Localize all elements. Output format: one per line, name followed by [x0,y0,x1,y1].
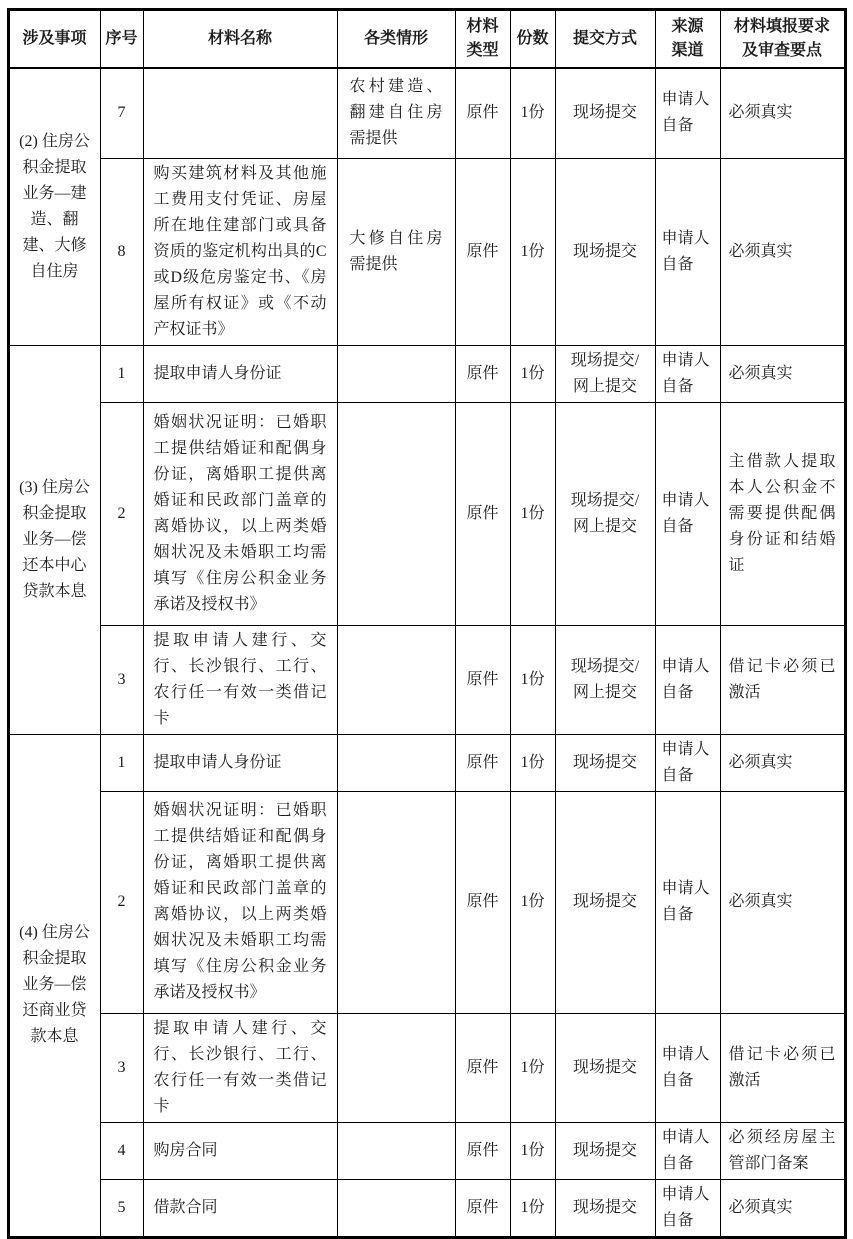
source-channel-cell: 申请人自备 [655,402,720,625]
header-submit-method: 提交方式 [555,10,655,69]
material-name-cell: 提取申请人建行、交行、长沙银行、工行、农行任一有效一类借记卡 [143,625,337,734]
header-serial: 序号 [100,10,143,69]
material-type-cell: 原件 [455,345,510,402]
submit-method-cell: 现场提交/网上提交 [555,625,655,734]
table-row: (3) 住房公积金提取业务—偿还本中心贷款本息 1 提取申请人身份证 原件 1份… [8,345,845,402]
header-material-name: 材料名称 [143,10,337,69]
material-name-cell: 婚姻状况证明：已婚职工提供结婚证和配偶身份证，离婚职工提供离婚证和民政部门盖章的… [143,791,337,1013]
source-channel-cell: 申请人自备 [655,791,720,1013]
situation-cell: 大修自住房需提供 [337,158,455,345]
header-material-type: 材料类型 [455,10,510,69]
materials-table: 涉及事项 序号 材料名称 各类情形 材料类型 份数 提交方式 来源渠道 材料填报… [7,8,847,1239]
category-cell: (2) 住房公积金提取业务—建造、翻建、大修自住房 [8,68,100,345]
table-row: 2 婚姻状况证明：已婚职工提供结婚证和配偶身份证，离婚职工提供离婚证和民政部门盖… [8,791,845,1013]
serial-cell: 1 [100,345,143,402]
situation-cell [337,791,455,1013]
copies-cell: 1份 [510,734,555,791]
situation-cell [337,1013,455,1122]
source-channel-cell: 申请人自备 [655,625,720,734]
source-channel-cell: 申请人自备 [655,68,720,158]
source-channel-cell: 申请人自备 [655,1122,720,1179]
serial-cell: 7 [100,68,143,158]
material-type-cell: 原件 [455,734,510,791]
material-name-cell [143,68,337,158]
submit-method-cell: 现场提交 [555,791,655,1013]
submit-method-cell: 现场提交/网上提交 [555,345,655,402]
serial-cell: 4 [100,1122,143,1179]
material-name-cell: 借款合同 [143,1179,337,1237]
table-row: (2) 住房公积金提取业务—建造、翻建、大修自住房 7 农村建造、翻建自住房需提… [8,68,845,158]
category-cell: (4) 住房公积金提取业务—偿还商业贷款本息 [8,734,100,1237]
requirements-cell: 主借款人提取本人公积金不需要提供配偶身份证和结婚证 [720,402,845,625]
copies-cell: 1份 [510,158,555,345]
requirements-cell: 借记卡必须已激活 [720,1013,845,1122]
copies-cell: 1份 [510,345,555,402]
requirements-cell: 必须真实 [720,1179,845,1237]
submit-method-cell: 现场提交/网上提交 [555,402,655,625]
header-requirements: 材料填报要求及审查要点 [720,10,845,69]
copies-cell: 1份 [510,68,555,158]
source-channel-cell: 申请人自备 [655,734,720,791]
category-cell: (3) 住房公积金提取业务—偿还本中心贷款本息 [8,345,100,734]
serial-cell: 5 [100,1179,143,1237]
header-source-channel: 来源渠道 [655,10,720,69]
serial-cell: 8 [100,158,143,345]
requirements-cell: 必须真实 [720,68,845,158]
requirements-cell: 必须真实 [720,345,845,402]
copies-cell: 1份 [510,402,555,625]
material-type-cell: 原件 [455,1013,510,1122]
submit-method-cell: 现场提交 [555,1179,655,1237]
material-type-cell: 原件 [455,402,510,625]
situation-cell [337,734,455,791]
table-row: 8 购买建筑材料及其他施工费用支付凭证、房屋所在地住建部门或具备资质的鉴定机构出… [8,158,845,345]
serial-cell: 3 [100,625,143,734]
copies-cell: 1份 [510,791,555,1013]
requirements-cell: 必须真实 [720,734,845,791]
copies-cell: 1份 [510,1179,555,1237]
serial-cell: 1 [100,734,143,791]
header-copies: 份数 [510,10,555,69]
material-type-cell: 原件 [455,158,510,345]
situation-cell: 农村建造、翻建自住房需提供 [337,68,455,158]
copies-cell: 1份 [510,625,555,734]
submit-method-cell: 现场提交 [555,734,655,791]
table-row: 3 提取申请人建行、交行、长沙银行、工行、农行任一有效一类借记卡 原件 1份 现… [8,625,845,734]
source-channel-cell: 申请人自备 [655,1013,720,1122]
submit-method-cell: 现场提交 [555,158,655,345]
material-type-cell: 原件 [455,1122,510,1179]
table-row: 2 婚姻状况证明：已婚职工提供结婚证和配偶身份证，离婚职工提供离婚证和民政部门盖… [8,402,845,625]
table-header-row: 涉及事项 序号 材料名称 各类情形 材料类型 份数 提交方式 来源渠道 材料填报… [8,10,845,69]
requirements-cell: 必须经房屋主管部门备案 [720,1122,845,1179]
table-row: 3 提取申请人建行、交行、长沙银行、工行、农行任一有效一类借记卡 原件 1份 现… [8,1013,845,1122]
material-name-cell: 婚姻状况证明：已婚职工提供结婚证和配偶身份证，离婚职工提供离婚证和民政部门盖章的… [143,402,337,625]
material-name-cell: 购房合同 [143,1122,337,1179]
table-row: 4 购房合同 原件 1份 现场提交 申请人自备 必须经房屋主管部门备案 [8,1122,845,1179]
material-name-cell: 提取申请人身份证 [143,345,337,402]
header-matters: 涉及事项 [8,10,100,69]
material-name-cell: 提取申请人身份证 [143,734,337,791]
serial-cell: 2 [100,402,143,625]
table-row: (4) 住房公积金提取业务—偿还商业贷款本息 1 提取申请人身份证 原件 1份 … [8,734,845,791]
material-type-cell: 原件 [455,1179,510,1237]
copies-cell: 1份 [510,1013,555,1122]
requirements-cell: 借记卡必须已激活 [720,625,845,734]
serial-cell: 2 [100,791,143,1013]
material-type-cell: 原件 [455,625,510,734]
requirements-cell: 必须真实 [720,158,845,345]
material-name-cell: 提取申请人建行、交行、长沙银行、工行、农行任一有效一类借记卡 [143,1013,337,1122]
source-channel-cell: 申请人自备 [655,158,720,345]
submit-method-cell: 现场提交 [555,1122,655,1179]
source-channel-cell: 申请人自备 [655,1179,720,1237]
situation-cell [337,1122,455,1179]
document-page: 涉及事项 序号 材料名称 各类情形 材料类型 份数 提交方式 来源渠道 材料填报… [0,0,853,1226]
situation-cell [337,1179,455,1237]
header-situation: 各类情形 [337,10,455,69]
requirements-cell: 必须真实 [720,791,845,1013]
material-type-cell: 原件 [455,68,510,158]
situation-cell [337,345,455,402]
submit-method-cell: 现场提交 [555,68,655,158]
copies-cell: 1份 [510,1122,555,1179]
source-channel-cell: 申请人自备 [655,345,720,402]
submit-method-cell: 现场提交 [555,1013,655,1122]
table-row: 5 借款合同 原件 1份 现场提交 申请人自备 必须真实 [8,1179,845,1237]
material-type-cell: 原件 [455,791,510,1013]
situation-cell [337,402,455,625]
material-name-cell: 购买建筑材料及其他施工费用支付凭证、房屋所在地住建部门或具备资质的鉴定机构出具的… [143,158,337,345]
serial-cell: 3 [100,1013,143,1122]
situation-cell [337,625,455,734]
